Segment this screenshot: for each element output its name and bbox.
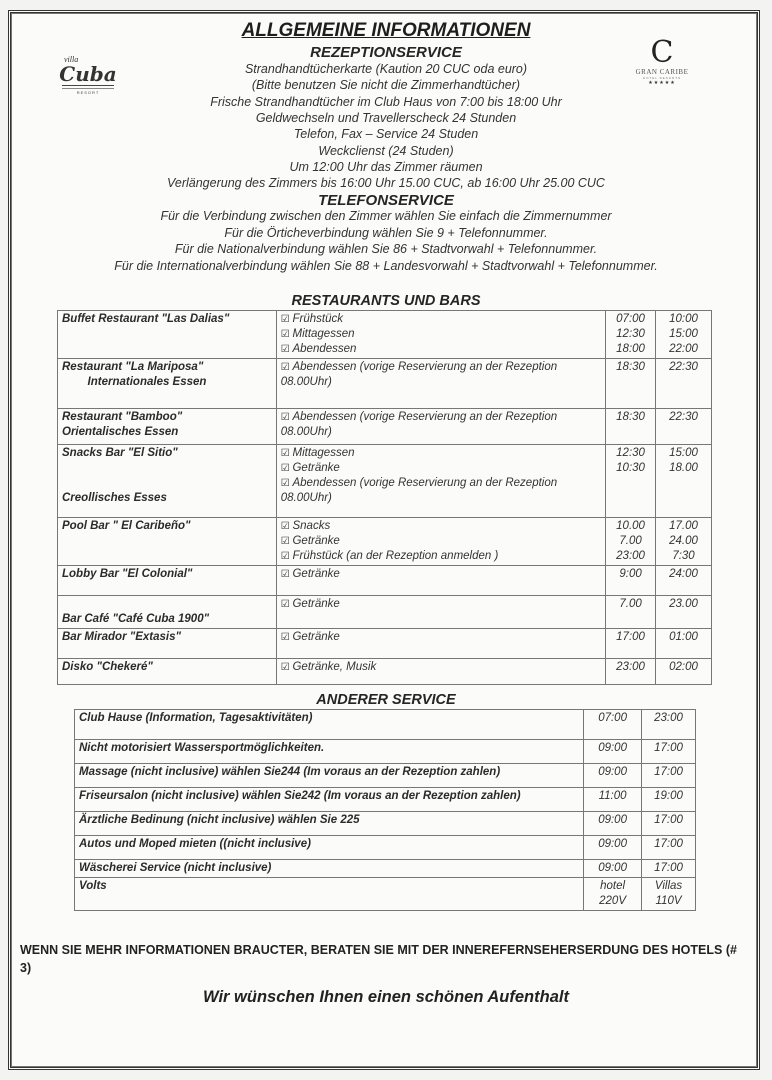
closing-time: 23:00	[642, 710, 696, 740]
venue-name: Lobby Bar "El Colonial"	[58, 566, 277, 596]
closing-time: 02:00	[656, 659, 712, 685]
reception-line: Weckclienst (24 Studen)	[0, 144, 772, 158]
service-row: Nicht motorisiert Wassersportmöglichkeit…	[75, 740, 696, 764]
venue-name: Restaurant "Bamboo"Orientalisches Essen	[58, 409, 277, 445]
service-label: Abendessen	[292, 343, 356, 355]
service-item: ☑ Mittagessen	[281, 446, 601, 461]
service-name: Massage (nicht inclusive) wählen Sie244 …	[75, 764, 584, 788]
service-name: Friseursalon (nicht inclusive) wählen Si…	[75, 788, 584, 812]
service-name: Wäscherei Service (nicht inclusive)	[75, 860, 584, 878]
venue-services: ☑ Abendessen (vorige Reservierung an der…	[276, 359, 605, 409]
service-label: Mittagessen	[292, 328, 354, 340]
venue-name: Bar Mirador "Extasis"	[58, 629, 277, 659]
service-label: Getränke	[292, 568, 339, 580]
telephone-heading: TELEFONSERVICE	[0, 192, 772, 209]
opening-time: hotel220V	[584, 878, 642, 911]
restaurant-row: Lobby Bar "El Colonial"☑ Getränke9:0024:…	[58, 566, 712, 596]
venue-name: Snacks Bar "El Sitio" Creollisches Esses	[58, 445, 277, 518]
service-label: Snacks	[292, 520, 330, 532]
closing-time: Villas110V	[642, 878, 696, 911]
service-label: Mittagessen	[292, 447, 354, 459]
service-item: ☑ Getränke	[281, 534, 601, 549]
checkbox-checked-icon: ☑	[281, 536, 293, 547]
service-item: ☑ Getränke	[281, 567, 601, 582]
checkbox-checked-icon: ☑	[281, 362, 293, 373]
service-item: ☑ Mittagessen	[281, 327, 601, 342]
closing-time: 24:00	[656, 566, 712, 596]
telephone-line: Für die Nationalverbindung wählen Sie 86…	[0, 242, 772, 256]
service-item: ☑ Getränke	[281, 461, 601, 476]
checkbox-checked-icon: ☑	[281, 632, 293, 643]
reception-line: Geldwechseln und Travellerscheck 24 Stun…	[0, 111, 772, 125]
restaurant-row: Bar Café "Café Cuba 1900"☑ Getränke7.002…	[58, 596, 712, 629]
restaurant-row: Buffet Restaurant "Las Dalias"☑ Frühstüc…	[58, 311, 712, 359]
venue-services: ☑ Getränke	[276, 566, 605, 596]
closing-time: 17.0024.007:30	[656, 518, 712, 566]
service-name: Volts	[75, 878, 584, 911]
restaurant-row: Disko "Chekeré"☑ Getränke, Musik23:0002:…	[58, 659, 712, 685]
restaurants-table: Buffet Restaurant "Las Dalias"☑ Frühstüc…	[57, 310, 712, 685]
checkbox-checked-icon: ☑	[281, 551, 293, 562]
service-item: ☑ Abendessen	[281, 342, 601, 357]
service-row: Autos und Moped mieten ((nicht inclusive…	[75, 836, 696, 860]
service-label: Getränke	[292, 598, 339, 610]
closing-time: 17:00	[642, 836, 696, 860]
reception-line: Strandhandtücherkarte (Kaution 20 CUC od…	[0, 62, 772, 76]
opening-time: 09:00	[584, 812, 642, 836]
service-label: Getränke	[292, 535, 339, 547]
venue-name: Bar Café "Café Cuba 1900"	[58, 596, 277, 629]
opening-time: 09:00	[584, 740, 642, 764]
reception-line: Verlängerung des Zimmers bis 16:00 Uhr 1…	[0, 176, 772, 190]
closing-time: 22:30	[656, 409, 712, 445]
closing-time: 15:0018.00	[656, 445, 712, 518]
page-title: ALLGEMEINE INFORMATIONEN	[0, 20, 772, 42]
opening-time: 10.007.0023:00	[606, 518, 656, 566]
checkbox-checked-icon: ☑	[281, 478, 293, 489]
opening-time: 18:30	[606, 359, 656, 409]
service-label: Abendessen (vorige Reservierung an der R…	[281, 477, 557, 504]
service-item: ☑ Frühstück	[281, 312, 601, 327]
checkbox-checked-icon: ☑	[281, 463, 293, 474]
other-services-table: Club Hause (Information, Tagesaktivitäte…	[74, 709, 696, 911]
service-label: Frühstück (an der Rezeption anmelden )	[292, 550, 498, 562]
telephone-line: Für die Internationalverbindung wählen S…	[0, 259, 772, 273]
service-row: Voltshotel220VVillas110V	[75, 878, 696, 911]
service-item: ☑ Abendessen (vorige Reservierung an der…	[281, 476, 601, 506]
service-item: ☑ Frühstück (an der Rezeption anmelden )	[281, 549, 601, 564]
restaurant-row: Restaurant "Bamboo"Orientalisches Essen☑…	[58, 409, 712, 445]
service-label: Getränke	[292, 631, 339, 643]
reception-line: Frische Strandhandtücher im Club Haus vo…	[0, 95, 772, 109]
venue-services: ☑ Snacks☑ Getränke☑ Frühstück (an der Re…	[276, 518, 605, 566]
service-label: Getränke	[292, 462, 339, 474]
closing-message: Wir wünschen Ihnen einen schönen Aufenth…	[0, 988, 772, 1007]
opening-time: 9:00	[606, 566, 656, 596]
restaurant-row: Bar Mirador "Extasis"☑ Getränke17:0001:0…	[58, 629, 712, 659]
checkbox-checked-icon: ☑	[281, 599, 293, 610]
checkbox-checked-icon: ☑	[281, 662, 293, 673]
closing-time: 10:0015:0022:00	[656, 311, 712, 359]
restaurants-heading: RESTAURANTS UND BARS	[0, 293, 772, 309]
opening-time: 07:0012:3018:00	[606, 311, 656, 359]
service-label: Getränke, Musik	[292, 661, 376, 673]
opening-time: 12:3010:30	[606, 445, 656, 518]
venue-services: ☑ Frühstück☑ Mittagessen☑ Abendessen	[276, 311, 605, 359]
service-name: Autos und Moped mieten ((nicht inclusive…	[75, 836, 584, 860]
closing-time: 17:00	[642, 860, 696, 878]
venue-services: ☑ Abendessen (vorige Reservierung an der…	[276, 409, 605, 445]
restaurant-row: Restaurant "La Mariposa" Internationales…	[58, 359, 712, 409]
venue-name: Buffet Restaurant "Las Dalias"	[58, 311, 277, 359]
closing-time: 01:00	[656, 629, 712, 659]
reception-line: Telefon, Fax – Service 24 Studen	[0, 127, 772, 141]
closing-time: 23.00	[656, 596, 712, 629]
reception-line: Um 12:00 Uhr das Zimmer räumen	[0, 160, 772, 174]
restaurant-row: Snacks Bar "El Sitio" Creollisches Esses…	[58, 445, 712, 518]
venue-name: Disko "Chekeré"	[58, 659, 277, 685]
reception-heading: REZEPTIONSERVICE	[0, 44, 772, 61]
service-item: ☑ Getränke	[281, 597, 601, 612]
opening-time: 18:30	[606, 409, 656, 445]
closing-time: 19:00	[642, 788, 696, 812]
opening-time: 09:00	[584, 860, 642, 878]
checkbox-checked-icon: ☑	[281, 344, 293, 355]
service-item: ☑ Getränke, Musik	[281, 660, 601, 675]
opening-time: 11:00	[584, 788, 642, 812]
service-item: ☑ Snacks	[281, 519, 601, 534]
service-item: ☑ Abendessen (vorige Reservierung an der…	[281, 410, 601, 440]
service-item: ☑ Getränke	[281, 630, 601, 645]
closing-time: 17:00	[642, 812, 696, 836]
venue-name: Pool Bar " El Caribeño"	[58, 518, 277, 566]
checkbox-checked-icon: ☑	[281, 329, 293, 340]
service-label: Frühstück	[292, 313, 343, 325]
service-item: ☑ Abendessen (vorige Reservierung an der…	[281, 360, 601, 390]
venue-services: ☑ Mittagessen☑ Getränke☑ Abendessen (vor…	[276, 445, 605, 518]
venue-services: ☑ Getränke, Musik	[276, 659, 605, 685]
checkbox-checked-icon: ☑	[281, 569, 293, 580]
service-name: Club Hause (Information, Tagesaktivitäte…	[75, 710, 584, 740]
venue-services: ☑ Getränke	[276, 629, 605, 659]
telephone-line: Für die Örticheverbindung wählen Sie 9 +…	[0, 226, 772, 240]
venue-name: Restaurant "La Mariposa" Internationales…	[58, 359, 277, 409]
closing-time: 17:00	[642, 740, 696, 764]
service-row: Wäscherei Service (nicht inclusive)09:00…	[75, 860, 696, 878]
checkbox-checked-icon: ☑	[281, 448, 293, 459]
checkbox-checked-icon: ☑	[281, 521, 293, 532]
opening-time: 23:00	[606, 659, 656, 685]
service-label: Abendessen (vorige Reservierung an der R…	[281, 411, 557, 438]
service-name: Nicht motorisiert Wassersportmöglichkeit…	[75, 740, 584, 764]
telephone-line: Für die Verbindung zwischen den Zimmer w…	[0, 209, 772, 223]
service-row: Friseursalon (nicht inclusive) wählen Si…	[75, 788, 696, 812]
opening-time: 7.00	[606, 596, 656, 629]
closing-time: 17:00	[642, 764, 696, 788]
venue-services: ☑ Getränke	[276, 596, 605, 629]
reception-line: (Bitte benutzen Sie nicht die Zimmerhand…	[0, 78, 772, 92]
service-row: Ärztliche Bedinung (nicht inclusive) wäh…	[75, 812, 696, 836]
restaurant-row: Pool Bar " El Caribeño"☑ Snacks☑ Getränk…	[58, 518, 712, 566]
info-note: WENN SIE MEHR INFORMATIONEN BRAUCTER, BE…	[20, 941, 740, 977]
service-row: Club Hause (Information, Tagesaktivitäte…	[75, 710, 696, 740]
opening-time: 09:00	[584, 836, 642, 860]
opening-time: 09:00	[584, 764, 642, 788]
checkbox-checked-icon: ☑	[281, 412, 293, 423]
service-row: Massage (nicht inclusive) wählen Sie244 …	[75, 764, 696, 788]
opening-time: 07:00	[584, 710, 642, 740]
service-name: Ärztliche Bedinung (nicht inclusive) wäh…	[75, 812, 584, 836]
closing-time: 22:30	[656, 359, 712, 409]
opening-time: 17:00	[606, 629, 656, 659]
service-label: Abendessen (vorige Reservierung an der R…	[281, 361, 557, 388]
checkbox-checked-icon: ☑	[281, 314, 293, 325]
other-services-heading: ANDERER SERVICE	[0, 692, 772, 708]
